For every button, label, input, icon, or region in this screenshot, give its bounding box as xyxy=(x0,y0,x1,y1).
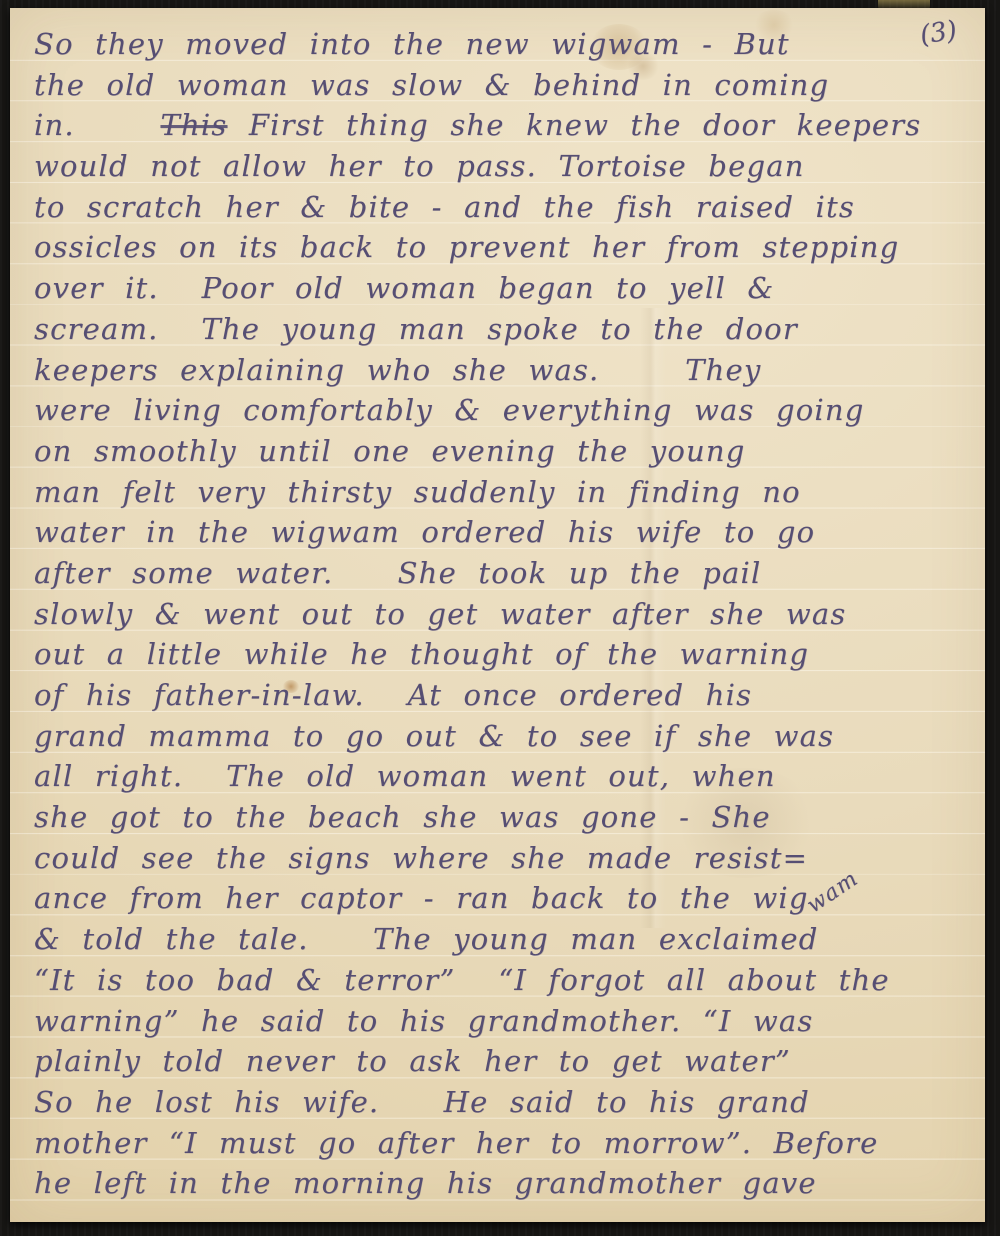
manuscript-line: “It is too bad & terror” “I forgot all a… xyxy=(34,960,975,1001)
manuscript-segment: So he lost his wife. He said to his gran… xyxy=(34,1085,810,1119)
manuscript-line: the old woman was slow & behind in comin… xyxy=(34,65,975,106)
manuscript-segment: ance from her captor - ran back to the w… xyxy=(34,881,809,915)
manuscript-line: plainly told never to ask her to get wat… xyxy=(34,1041,975,1082)
manuscript-line: keepers explaining who she was. They xyxy=(34,350,975,391)
manuscript-line: all right. The old woman went out, when xyxy=(34,756,975,797)
manuscript-line: of his father-in-law. At once ordered hi… xyxy=(34,675,975,716)
manuscript-segment: man felt very thirsty suddenly in findin… xyxy=(34,475,801,509)
manuscript-line: she got to the beach she was gone - She xyxy=(34,797,975,838)
manuscript-segment: keepers explaining who she was. They xyxy=(34,353,762,387)
manuscript-segment: grand mamma to go out & to see if she wa… xyxy=(34,719,834,753)
manuscript-line: on smoothly until one evening the young xyxy=(34,431,975,472)
manuscript-segment: mother “I must go after her to morrow”. … xyxy=(34,1126,879,1160)
manuscript-segment: the old woman was slow & behind in comin… xyxy=(34,68,829,102)
manuscript-line: over it. Poor old woman began to yell & xyxy=(34,268,975,309)
manuscript-line: grand mamma to go out & to see if she wa… xyxy=(34,716,975,757)
manuscript-segment: of his father-in-law. At once ordered hi… xyxy=(34,678,752,712)
manuscript-line: So he lost his wife. He said to his gran… xyxy=(34,1082,975,1123)
manuscript-segment: over it. Poor old woman began to yell & xyxy=(34,271,774,305)
manuscript-line: he left in the morning his grandmother g… xyxy=(34,1163,975,1204)
manuscript-segment: on smoothly until one evening the young xyxy=(34,434,746,468)
manuscript-line: in. This First thing she knew the door k… xyxy=(34,105,975,146)
manuscript-segment: after some water. She took up the pail xyxy=(34,556,761,590)
manuscript-segment: warning” he said to his grandmother. “I … xyxy=(34,1004,814,1038)
manuscript-segment: could see the signs where she made resis… xyxy=(34,841,808,875)
manuscript-segment: were living comfortably & everything was… xyxy=(34,393,865,427)
manuscript-segment: in. xyxy=(34,108,160,142)
manuscript-segment: ossicles on its back to prevent her from… xyxy=(34,230,899,264)
manuscript-line: water in the wigwam ordered his wife to … xyxy=(34,512,975,553)
manuscript-segment: all right. The old woman went out, when xyxy=(34,759,776,793)
manuscript-line: ossicles on its back to prevent her from… xyxy=(34,227,975,268)
manuscript-line: out a little while he thought of the war… xyxy=(34,634,975,675)
manuscript-segment: “It is too bad & terror” “I forgot all a… xyxy=(34,963,890,997)
manuscript-segment: out a little while he thought of the war… xyxy=(34,637,809,671)
manuscript-line: warning” he said to his grandmother. “I … xyxy=(34,1001,975,1042)
manuscript-segment: scream. The young man spoke to the door xyxy=(34,312,798,346)
manuscript-line: to scratch her & bite - and the fish rai… xyxy=(34,187,975,228)
manuscript-segment: & told the tale. The young man exclaimed xyxy=(34,922,818,956)
manuscript-line: So they moved into the new wigwam - But xyxy=(34,24,975,65)
manuscript-segment: plainly told never to ask her to get wat… xyxy=(34,1044,791,1078)
manuscript-line: would not allow her to pass. Tortoise be… xyxy=(34,146,975,187)
manuscript-segment: would not allow her to pass. Tortoise be… xyxy=(34,149,805,183)
manuscript-line: were living comfortably & everything was… xyxy=(34,390,975,431)
manuscript-segment: he left in the morning his grandmother g… xyxy=(34,1166,817,1200)
manuscript-text: So they moved into the new wigwam - Butt… xyxy=(34,24,975,1214)
manuscript-line: mother “I must go after her to morrow”. … xyxy=(34,1123,975,1164)
manuscript-segment: she got to the beach she was gone - She xyxy=(34,800,771,834)
manuscript-line: & told the tale. The young man exclaimed xyxy=(34,919,975,960)
manuscript-page: (3) So they moved into the new wigwam - … xyxy=(10,8,985,1222)
manuscript-line: slowly & went out to get water after she… xyxy=(34,594,975,635)
manuscript-segment: slowly & went out to get water after she… xyxy=(34,597,847,631)
manuscript-segment: First thing she knew the door keepers xyxy=(227,108,921,142)
manuscript-segment: So they moved into the new wigwam - But xyxy=(34,27,790,61)
manuscript-line: man felt very thirsty suddenly in findin… xyxy=(34,472,975,513)
manuscript-segment: to scratch her & bite - and the fish rai… xyxy=(34,190,855,224)
photo-background: (3) So they moved into the new wigwam - … xyxy=(0,0,1000,1236)
manuscript-line: after some water. She took up the pail xyxy=(34,553,975,594)
manuscript-segment-strike: This xyxy=(160,108,227,142)
manuscript-line: scream. The young man spoke to the door xyxy=(34,309,975,350)
manuscript-segment: water in the wigwam ordered his wife to … xyxy=(34,515,815,549)
manuscript-line: ance from her captor - ran back to the w… xyxy=(34,878,975,919)
